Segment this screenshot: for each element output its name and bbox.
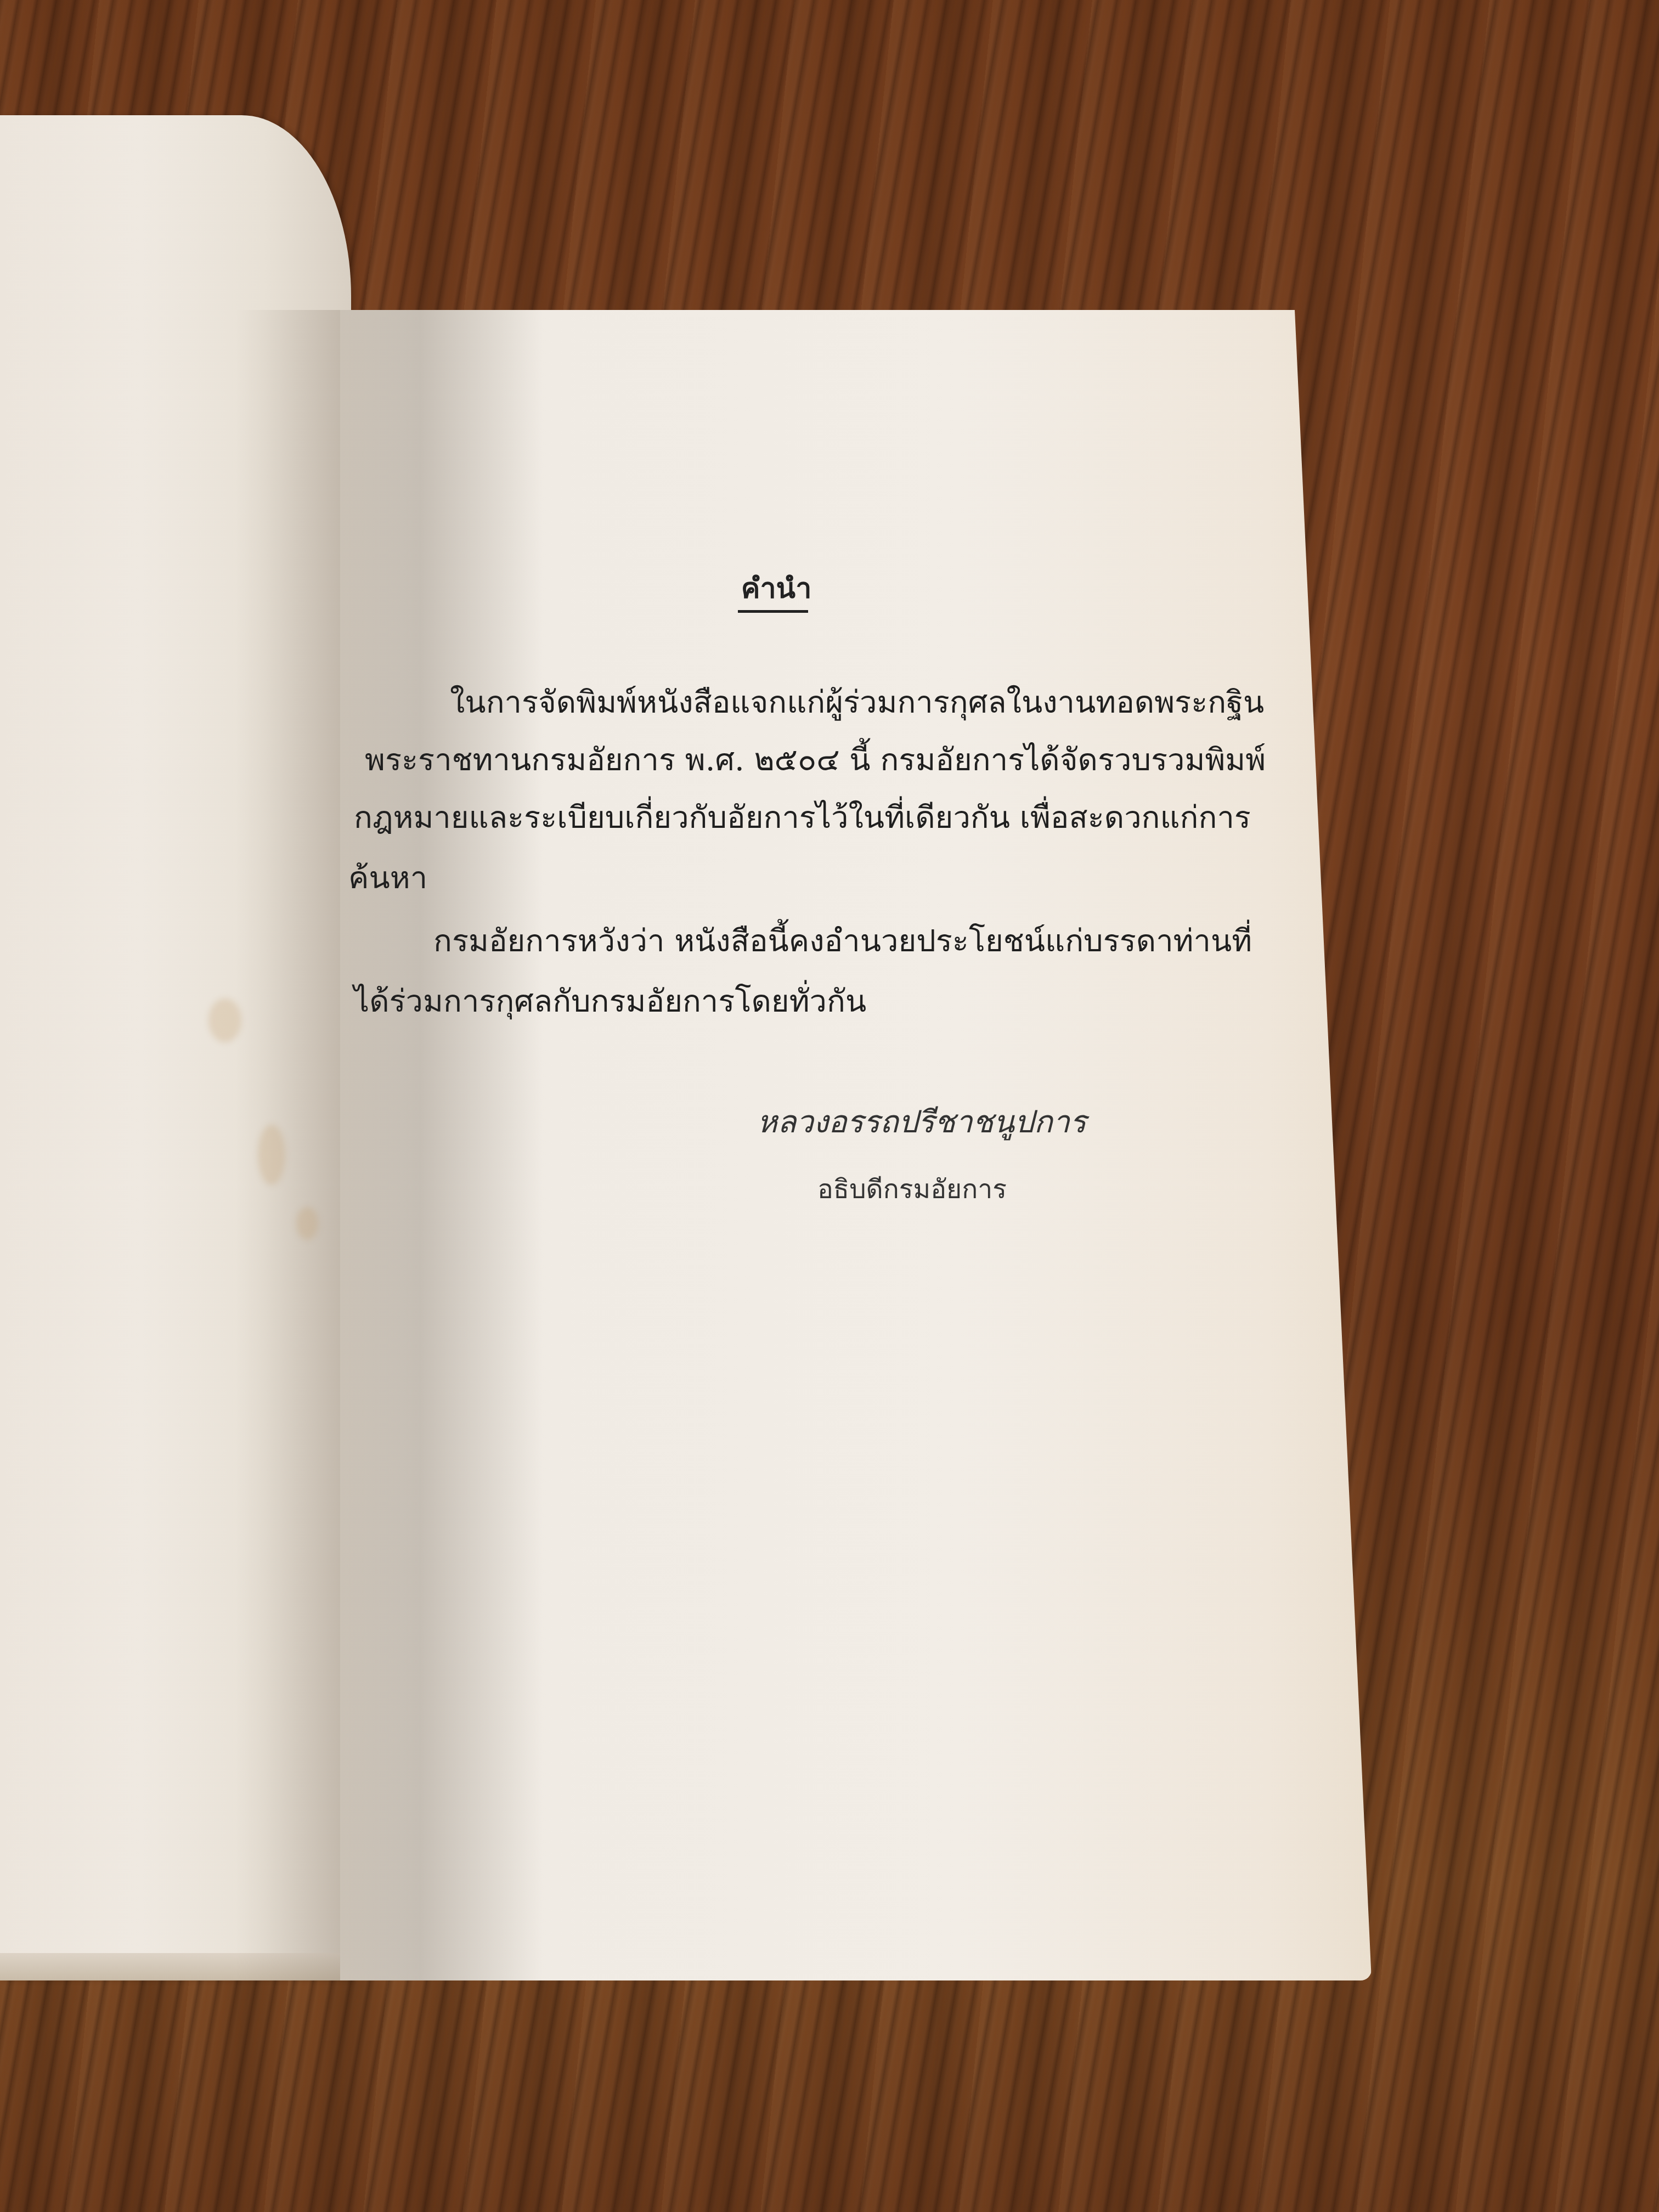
paragraph-1-line-2: พระราชทานกรมอัยการ พ.ศ. ๒๕๐๔ นี้ กรมอัยก… bbox=[365, 735, 1266, 784]
paragraph-1-line-3: กฎหมายและระเบียบเกี่ยวกับอัยการไว้ในที่เ… bbox=[354, 793, 1251, 842]
left-page-edge bbox=[0, 1953, 362, 1980]
paper-stain bbox=[296, 1207, 318, 1240]
paper-stain bbox=[208, 998, 241, 1042]
left-page bbox=[0, 115, 351, 1980]
page-title: คำนำ bbox=[735, 565, 817, 611]
paragraph-2-line-2: ได้ร่วมการกุศลกับกรมอัยการโดยทั่วกัน bbox=[354, 977, 866, 1025]
signature-name: หลวงอรรถปรีชาชนูปการ bbox=[757, 1097, 1086, 1146]
paragraph-1-line-4: ค้นหา bbox=[348, 853, 427, 902]
paragraph-2-line-1: กรมอัยการหวังว่า หนังสือนี้คงอำนวยประโยช… bbox=[433, 916, 1252, 965]
signature-position: อธิบดีกรมอัยการ bbox=[817, 1169, 1007, 1210]
title-underline bbox=[738, 610, 808, 613]
paragraph-1-line-1: ในการจัดพิมพ์หนังสือแจกแก่ผู้ร่วมการกุศล… bbox=[450, 678, 1264, 726]
paper-stain bbox=[258, 1125, 285, 1185]
